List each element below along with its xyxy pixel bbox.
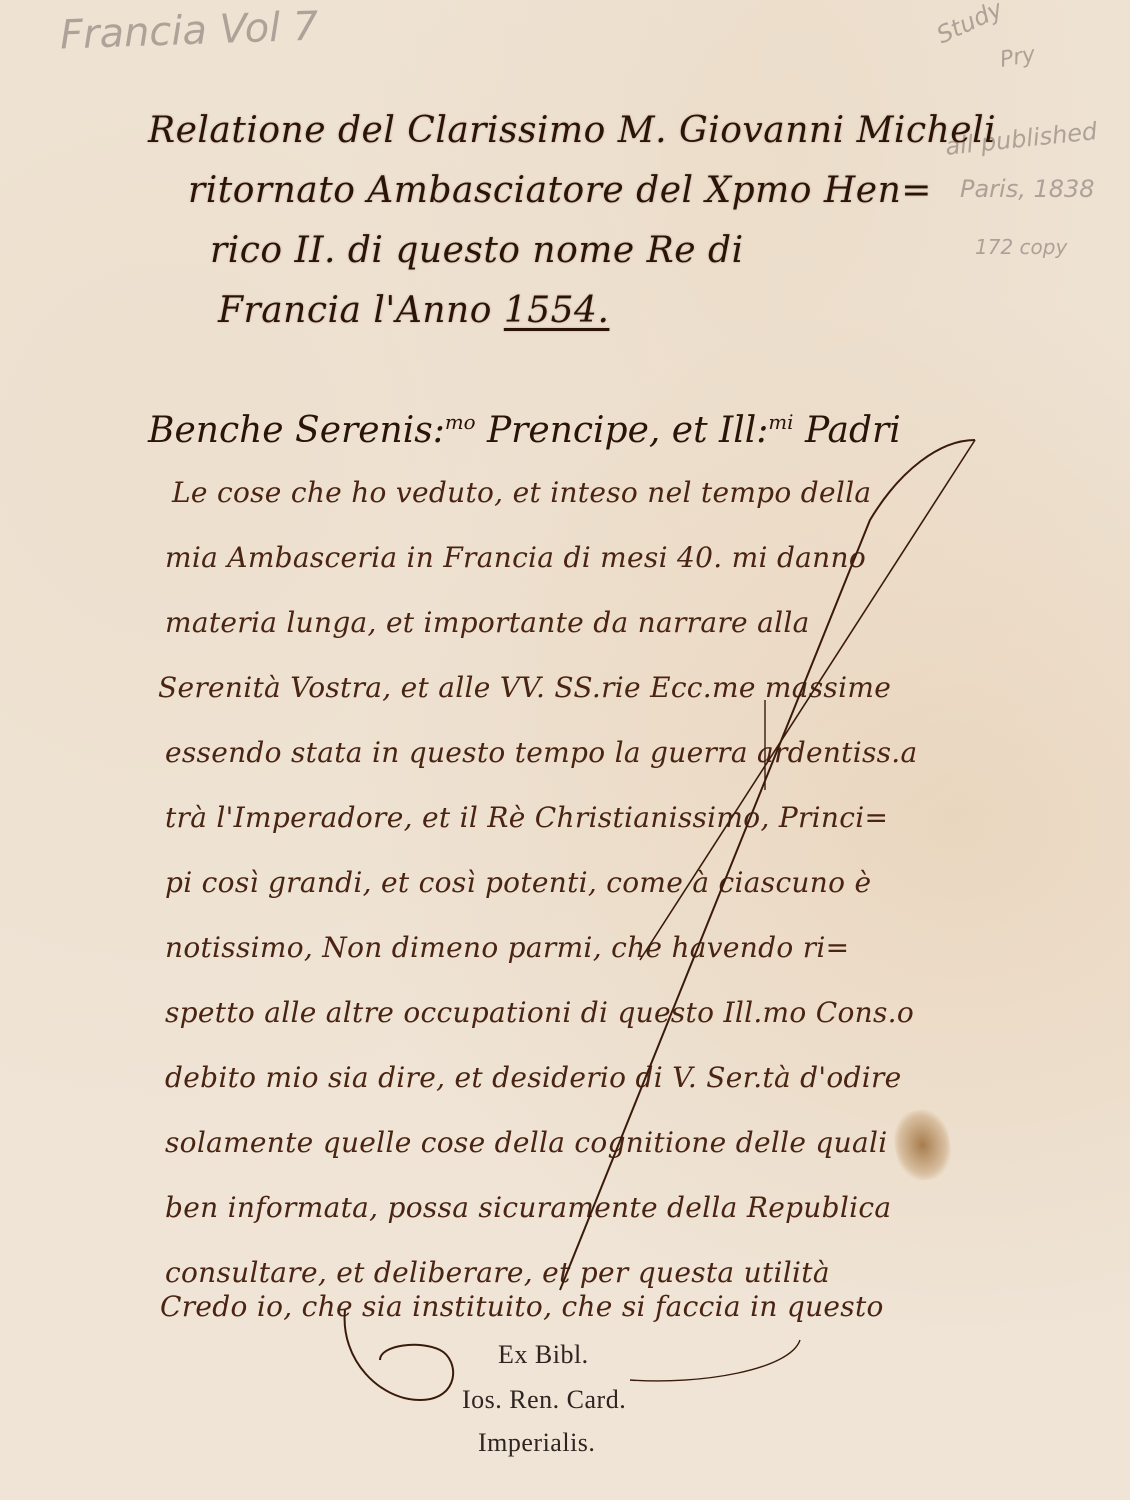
- tail-flourish: [630, 1340, 800, 1381]
- pen-strokes-overlay: [0, 0, 1130, 1500]
- library-stamp-line-2: Ios. Ren. Card.: [462, 1385, 626, 1415]
- loop-flourish: [345, 1310, 454, 1400]
- diagonal-pen-stroke: [560, 440, 975, 1290]
- library-stamp-line-3: Imperialis.: [478, 1428, 595, 1458]
- library-stamp-line-1: Ex Bibl.: [498, 1340, 589, 1370]
- arrow-head-stroke: [640, 440, 975, 960]
